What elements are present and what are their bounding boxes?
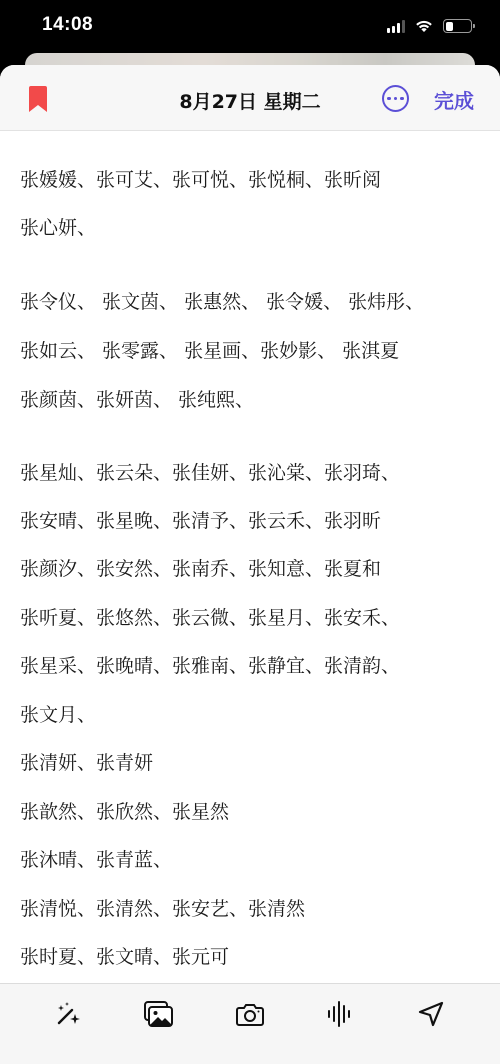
note-line: 张颜茵、张妍茵、 张纯熙、 xyxy=(20,388,254,412)
camera-icon xyxy=(235,999,265,1029)
note-sheet: 8月27日 星期二 完成 张劭愿、 张媛媛、张可艾、张可悦、张悦桐、张昕阅 张心… xyxy=(0,65,500,1064)
note-line: 张颜汐、张安然、张南乔、张知意、张夏和 xyxy=(20,557,381,581)
nav-bar: 8月27日 星期二 完成 xyxy=(0,65,500,131)
ellipsis-dot xyxy=(387,97,391,101)
note-line: 张歆然、张欣然、张星然 xyxy=(20,800,229,824)
note-line: 张沐晴、张青蓝、 xyxy=(20,848,172,872)
note-line: 张文月、 xyxy=(20,703,96,727)
note-line: 张令仪、 张文茵、 张惠然、 张令媛、 张炜彤、 xyxy=(20,290,424,314)
note-line: 张心妍、 xyxy=(20,216,96,240)
note-line: 张时夏、张文晴、张元可 xyxy=(20,945,229,969)
note-line: 张清悦、张清然、张安艺、张清然 xyxy=(20,897,305,921)
ellipsis-dot xyxy=(394,97,398,101)
audio-recording-button[interactable] xyxy=(322,997,356,1031)
note-line: 张星灿、张云朵、张佳妍、张沁棠、张羽琦、 xyxy=(20,461,400,485)
note-line: 张清妍、张青妍 xyxy=(20,751,153,775)
done-button[interactable]: 完成 xyxy=(434,85,474,114)
note-line: 张星采、张晚晴、张雅南、张静宜、张清韵、 xyxy=(20,654,400,678)
battery-icon xyxy=(443,19,472,33)
ellipsis-dot xyxy=(400,97,404,101)
camera-button[interactable] xyxy=(233,997,267,1031)
status-time: 14:08 xyxy=(42,14,93,36)
photo-library-button[interactable] xyxy=(141,997,175,1031)
location-arrow-icon xyxy=(416,999,446,1029)
writing-tools-button[interactable] xyxy=(51,997,85,1031)
status-icons xyxy=(387,19,472,33)
status-bar: 14:08 xyxy=(0,0,500,56)
photo-library-icon xyxy=(143,999,173,1029)
send-location-button[interactable] xyxy=(414,997,448,1031)
audio-waveform-icon xyxy=(324,999,354,1029)
note-line: 张媛媛、张可艾、张可悦、张悦桐、张昕阅 xyxy=(20,168,381,192)
cellular-signal-icon xyxy=(387,20,405,33)
magic-wand-icon xyxy=(53,999,83,1029)
note-line: 张听夏、张悠然、张云微、张星月、张安禾、 xyxy=(20,606,400,630)
wifi-icon xyxy=(415,19,433,33)
bottom-toolbar xyxy=(0,983,500,1064)
note-line: 张如云、 张零露、 张星画、张妙影、 张淇夏 xyxy=(20,339,399,363)
note-date-title: 8月27日 星期二 xyxy=(0,87,500,114)
more-options-button[interactable] xyxy=(382,85,409,112)
note-line: 张安晴、张星晚、张清予、张云禾、张羽昕 xyxy=(20,509,381,533)
